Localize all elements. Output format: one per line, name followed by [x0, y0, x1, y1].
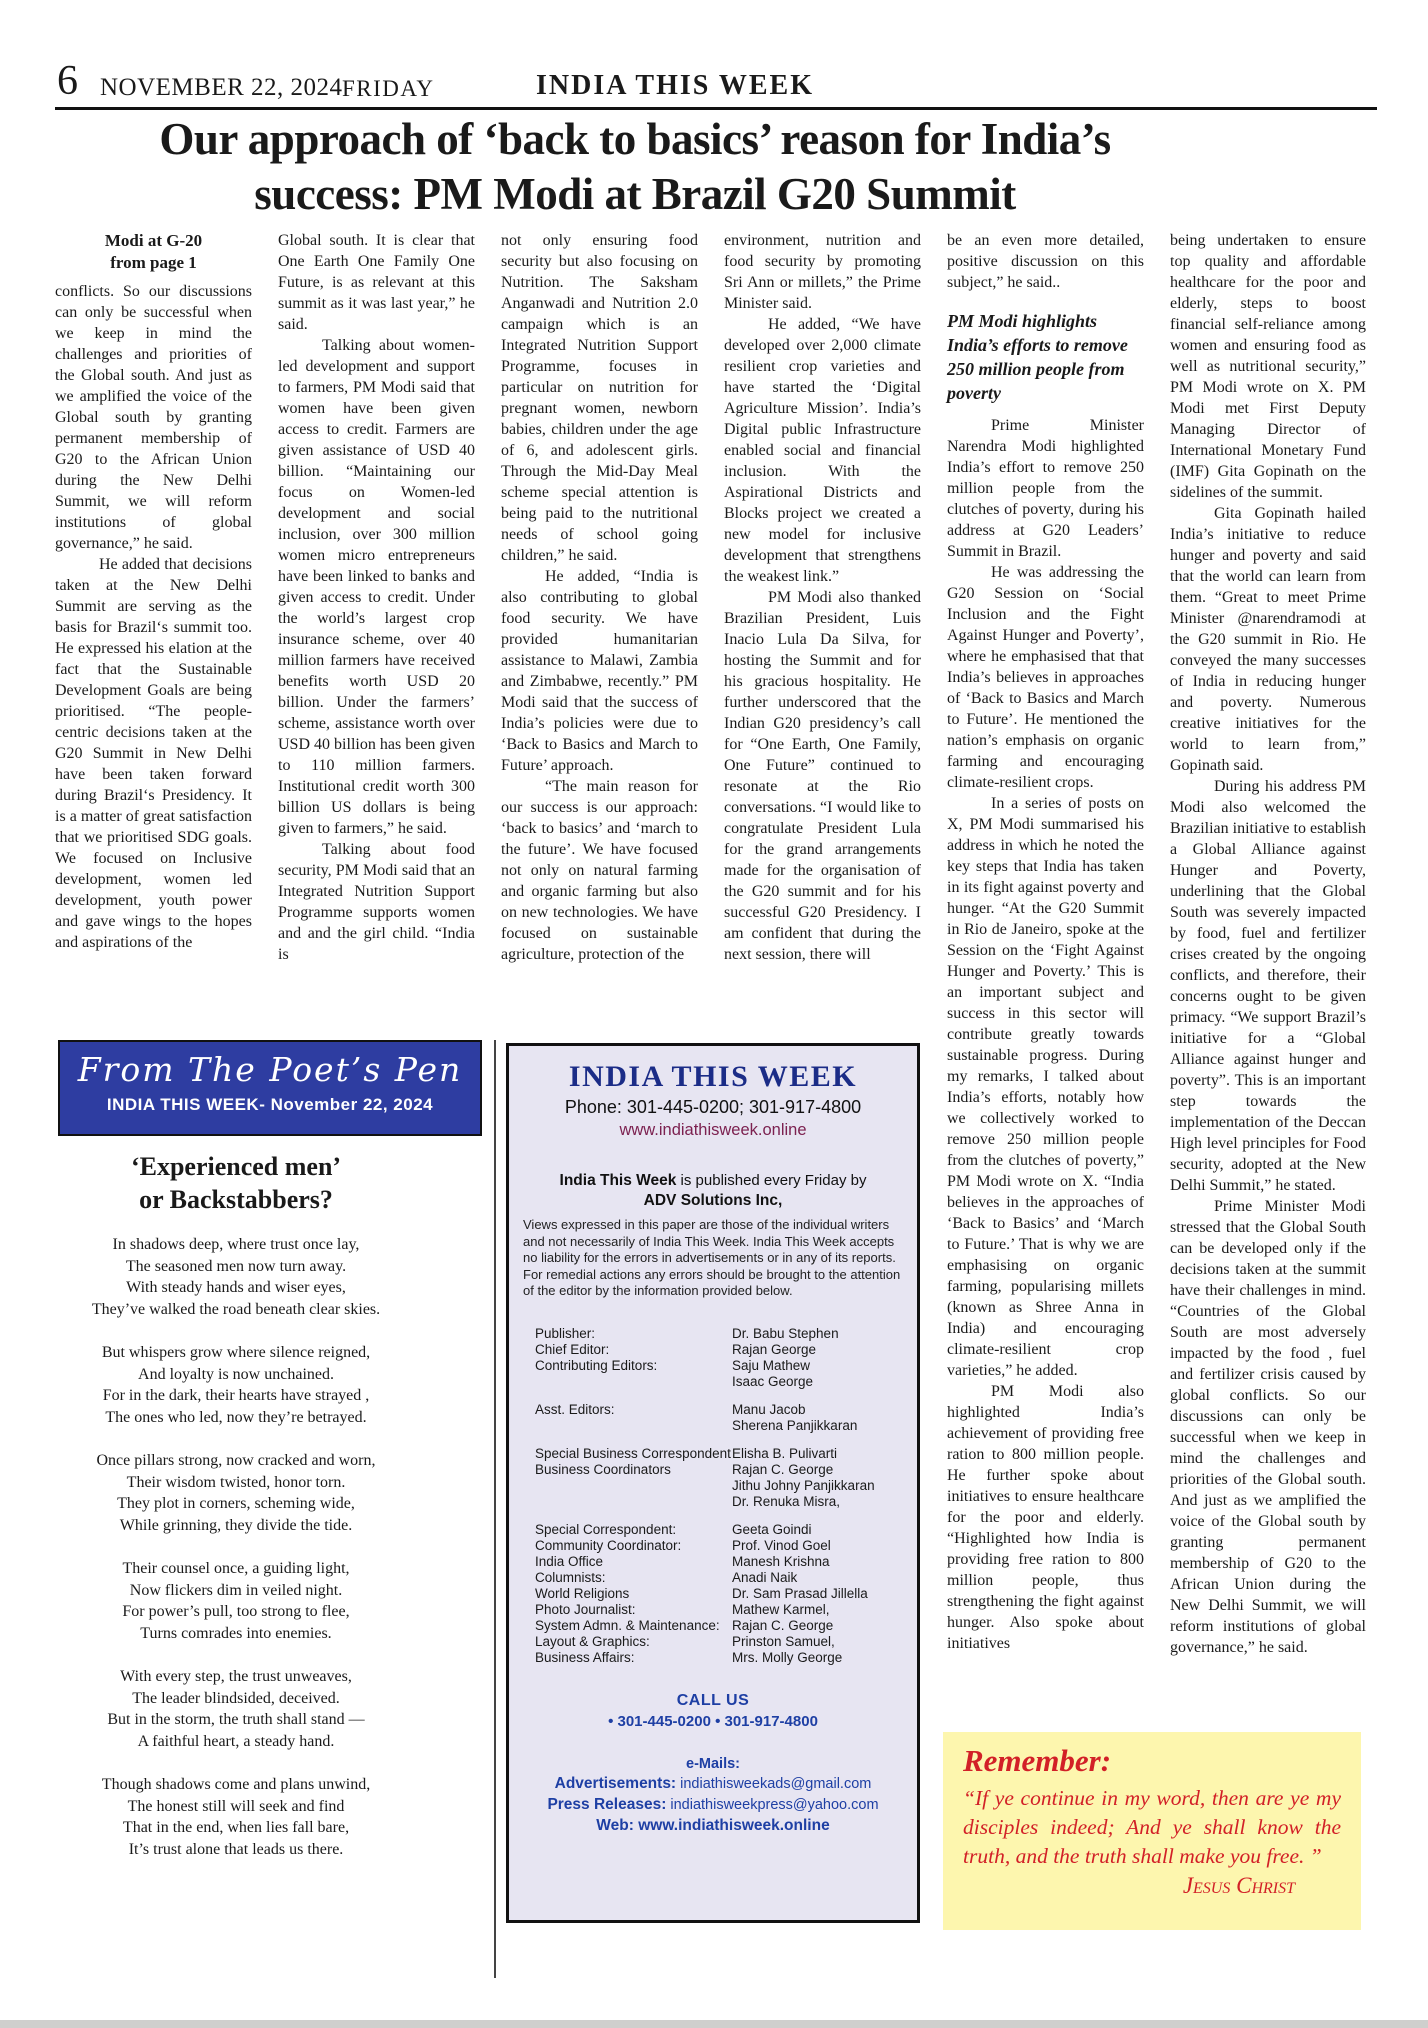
staff-name: Rajan C. George	[732, 1462, 909, 1478]
poem-line: Their counsel once, a guiding light,	[55, 1558, 417, 1580]
poem-line: Though shadows come and plans unwind,	[55, 1774, 417, 1796]
staff-row: Special Business CorrespondentElisha B. …	[535, 1446, 909, 1462]
staff-row: Community Coordinator:Prof. Vinod Goel	[535, 1538, 909, 1554]
poem-line: While grinning, they divide the tide.	[55, 1515, 417, 1537]
staff-role: Asst. Editors:	[535, 1402, 732, 1418]
emails-label: e-Mails:	[509, 1756, 917, 1772]
poem-line: The honest still will seek and find	[55, 1796, 417, 1818]
article-paragraph: During his address PM Modi also welcomed…	[1170, 776, 1366, 1196]
advertisements-label: Advertisements:	[555, 1775, 676, 1792]
staff-row: Jithu Johny Panjikkaran	[535, 1478, 909, 1494]
staff-name: Isaac George	[732, 1374, 909, 1390]
poem-line: For in the dark, their hearts have stray…	[55, 1385, 417, 1407]
article-paragraph: PM Modi also thanked Brazilian President…	[724, 587, 921, 965]
staff-row: Chief Editor:Rajan George	[535, 1342, 909, 1358]
staff-row: Photo Journalist:Mathew Karmel,	[535, 1602, 909, 1618]
article-paragraph: “The main reason for our success is our …	[501, 776, 698, 965]
staff-name: Saju Mathew	[732, 1358, 909, 1374]
staff-name: Geeta Goindi	[732, 1522, 909, 1538]
staff-role: Columnists:	[535, 1570, 732, 1586]
article-paragraph: conflicts. So our discussions can only b…	[55, 281, 252, 554]
staff-role: Special Business Correspondent	[535, 1446, 732, 1462]
staff-name: Manesh Krishna	[732, 1554, 909, 1570]
poem-title-line-1: ‘Experienced men’	[55, 1150, 417, 1183]
advertisements-email: Advertisements: indiathisweekads@gmail.c…	[509, 1775, 917, 1793]
page-number: 6	[57, 60, 78, 102]
staff-row: Publisher:Dr. Babu Stephen	[535, 1326, 909, 1342]
staff-name: Rajan C. George	[732, 1618, 909, 1634]
header-rule	[55, 107, 1377, 110]
staff-role: Publisher:	[535, 1326, 732, 1342]
staff-row: Dr. Renuka Misra,	[535, 1494, 909, 1510]
poem-body: In shadows deep, where trust once lay, T…	[55, 1234, 417, 1882]
kicker-line-1: Modi at G-20	[55, 230, 252, 252]
publication-phone: Phone: 301-445-0200; 301-917-4800	[509, 1097, 917, 1118]
article-paragraph: In a series of posts on X, PM Modi summa…	[947, 793, 1144, 1381]
poem-line: For power’s pull, too strong to flee,	[55, 1601, 417, 1623]
staff-role: Photo Journalist:	[535, 1602, 732, 1618]
staff-role: Special Correspondent:	[535, 1522, 732, 1538]
staff-row: Layout & Graphics:Prinston Samuel,	[535, 1634, 909, 1650]
staff-name: Jithu Johny Panjikkaran	[732, 1478, 909, 1494]
publication-info-box: INDIA THIS WEEK Phone: 301-445-0200; 301…	[506, 1043, 920, 1923]
poem-line: It’s trust alone that leads us there.	[55, 1839, 417, 1861]
article-paragraph: environment, nutrition and food security…	[724, 230, 921, 314]
staff-role: India Office	[535, 1554, 732, 1570]
staff-row: India OfficeManesh Krishna	[535, 1554, 909, 1570]
article-paragraph: He was addressing the G20 Session on ‘So…	[947, 562, 1144, 793]
publisher-company: ADV Solutions Inc,	[509, 1192, 917, 1210]
article-paragraph: Talking about food security, PM Modi sai…	[278, 839, 475, 965]
poem-line: With steady hands and wiser eyes,	[55, 1277, 417, 1299]
poem-line: The leader blindsided, deceived.	[55, 1688, 417, 1710]
article-paragraph: Gita Gopinath hailed India’s initiative …	[1170, 503, 1366, 776]
poem-title-line-2: or Backstabbers?	[55, 1183, 417, 1216]
poem-stanza: Once pillars strong, now cracked and wor…	[55, 1450, 417, 1536]
article-paragraph: Global south. It is clear that One Earth…	[278, 230, 475, 335]
poem-line: They’ve walked the road beneath clear sk…	[55, 1299, 417, 1321]
staff-row: Columnists:Anadi Naik	[535, 1570, 909, 1586]
staff-name: Dr. Renuka Misra,	[732, 1494, 909, 1510]
web-address: Web: www.indiathisweek.online	[596, 1817, 829, 1834]
press-releases-email: Press Releases: indiathisweekpress@yahoo…	[509, 1796, 917, 1814]
poem-stanza: In shadows deep, where trust once lay, T…	[55, 1234, 417, 1320]
remember-quote: “If ye continue in my word, then are ye …	[963, 1784, 1341, 1871]
remember-box: Remember: “If ye continue in my word, th…	[943, 1732, 1361, 1930]
poem-line: But in the storm, the truth shall stand …	[55, 1709, 417, 1731]
poem-line: Their wisdom twisted, honor torn.	[55, 1472, 417, 1494]
article-paragraph: He added that decisions taken at the New…	[55, 554, 252, 953]
article-paragraph: Prime Minister Modi stressed that the Gl…	[1170, 1196, 1366, 1658]
poem-line: Now flickers dim in veiled night.	[55, 1580, 417, 1602]
article-column-5: be an even more detailed, positive discu…	[947, 230, 1144, 1654]
column-divider	[494, 1040, 496, 1978]
staff-name: Elisha B. Pulivarti	[732, 1446, 909, 1462]
headline-line-1: Our approach of ‘back to basics’ reason …	[70, 112, 1200, 167]
call-us-numbers: • 301-445-0200 • 301-917-4800	[509, 1713, 917, 1730]
poem-line: The seasoned men now turn away.	[55, 1256, 417, 1278]
article-paragraph: PM Modi also highlighted India’s achieve…	[947, 1381, 1144, 1654]
poets-pen-title: From The Poet’s Pen	[60, 1050, 480, 1090]
publication-website: www.indiathisweek.online	[509, 1121, 917, 1140]
staff-name: Dr. Sam Prasad Jillella	[732, 1586, 909, 1602]
staff-row: Isaac George	[535, 1374, 909, 1390]
newspaper-page: 6 NOVEMBER 22, 2024 FRIDAY INDIA THIS WE…	[0, 0, 1428, 2028]
poem-line: A faithful heart, a steady hand.	[55, 1731, 417, 1753]
article-column-2: Global south. It is clear that One Earth…	[278, 230, 475, 965]
remember-attribution: Jesus Christ	[963, 1873, 1341, 1899]
web-address-line: Web: www.indiathisweek.online	[509, 1817, 917, 1835]
poem-title: ‘Experienced men’ or Backstabbers?	[55, 1150, 417, 1216]
staff-role: Business Affairs:	[535, 1650, 732, 1666]
poem-line: Once pillars strong, now cracked and wor…	[55, 1450, 417, 1472]
disclaimer-text: Views expressed in this paper are those …	[523, 1217, 903, 1300]
staff-role: Contributing Editors:	[535, 1358, 732, 1374]
staff-row: Business Affairs:Mrs. Molly George	[535, 1650, 909, 1666]
section-heading: PM Modi highlights India’s efforts to re…	[947, 309, 1144, 405]
poets-pen-banner: From The Poet’s Pen INDIA THIS WEEK- Nov…	[58, 1040, 482, 1136]
article-paragraph: not only ensuring food security but also…	[501, 230, 698, 566]
staff-name: Rajan George	[732, 1342, 909, 1358]
issue-date: NOVEMBER 22, 2024	[100, 74, 343, 102]
call-us-label: CALL US	[509, 1692, 917, 1710]
publication-name: India This Week	[560, 1172, 677, 1189]
poem-line: They plot in corners, scheming wide,	[55, 1493, 417, 1515]
article-column-3: not only ensuring food security but also…	[501, 230, 698, 965]
kicker: Modi at G-20 from page 1	[55, 230, 252, 274]
article-column-1: Modi at G-20 from page 1 conflicts. So o…	[55, 230, 252, 953]
published-by-line: India This Week is published every Frida…	[509, 1172, 917, 1190]
staff-role: Business Coordinators	[535, 1462, 732, 1478]
publication-title: INDIA THIS WEEK	[509, 1060, 917, 1094]
article-column-6: being undertaken to ensure top quality a…	[1170, 230, 1366, 1658]
staff-role: System Admn. & Maintenance:	[535, 1618, 732, 1634]
staff-name: Dr. Babu Stephen	[732, 1326, 909, 1342]
article-paragraph: being undertaken to ensure top quality a…	[1170, 230, 1366, 503]
staff-row: Asst. Editors:Manu Jacob	[535, 1402, 909, 1418]
poem-stanza: But whispers grow where silence reigned,…	[55, 1342, 417, 1428]
staff-name: Prinston Samuel,	[732, 1634, 909, 1650]
poem-stanza: With every step, the trust unweaves, The…	[55, 1666, 417, 1752]
poem-line: With every step, the trust unweaves,	[55, 1666, 417, 1688]
staff-role	[535, 1494, 732, 1510]
staff-name: Mrs. Molly George	[732, 1650, 909, 1666]
staff-name: Manu Jacob	[732, 1402, 909, 1418]
kicker-line-2: from page 1	[55, 252, 252, 274]
staff-role	[535, 1478, 732, 1494]
poem-line: In shadows deep, where trust once lay,	[55, 1234, 417, 1256]
staff-row: System Admn. & Maintenance:Rajan C. Geor…	[535, 1618, 909, 1634]
staff-name: Anadi Naik	[732, 1570, 909, 1586]
page-bottom-edge	[0, 2020, 1428, 2028]
staff-role: Layout & Graphics:	[535, 1634, 732, 1650]
staff-name: Mathew Karmel,	[732, 1602, 909, 1618]
article-paragraph: Prime Minister Narendra Modi highlighted…	[947, 415, 1144, 562]
staff-list: Publisher:Dr. Babu Stephen Chief Editor:…	[535, 1326, 909, 1666]
poem-stanza: Though shadows come and plans unwind, Th…	[55, 1774, 417, 1860]
staff-role: World Religions	[535, 1586, 732, 1602]
staff-row: Special Correspondent:Geeta Goindi	[535, 1522, 909, 1538]
poets-pen-subtitle: INDIA THIS WEEK- November 22, 2024	[60, 1095, 480, 1115]
staff-role: Community Coordinator:	[535, 1538, 732, 1554]
poem-line: And loyalty is now unchained.	[55, 1364, 417, 1386]
staff-row: Contributing Editors:Saju Mathew	[535, 1358, 909, 1374]
article-headline: Our approach of ‘back to basics’ reason …	[70, 112, 1200, 222]
poem-line: That in the end, when lies fall bare,	[55, 1817, 417, 1839]
press-releases-address: indiathisweekpress@yahoo.com	[666, 1797, 878, 1813]
article-paragraph: Talking about women-led development and …	[278, 335, 475, 839]
staff-row: Sherena Panjikkaran	[535, 1418, 909, 1434]
advertisements-address: indiathisweekads@gmail.com	[676, 1776, 871, 1792]
staff-row: Business CoordinatorsRajan C. George	[535, 1462, 909, 1478]
staff-role: Chief Editor:	[535, 1342, 732, 1358]
article-paragraph: be an even more detailed, positive discu…	[947, 230, 1144, 293]
article-paragraph: He added, “We have developed over 2,000 …	[724, 314, 921, 587]
poem-stanza: Their counsel once, a guiding light, Now…	[55, 1558, 417, 1644]
weekday: FRIDAY	[342, 76, 435, 102]
headline-line-2: success: PM Modi at Brazil G20 Summit	[70, 167, 1200, 222]
staff-name: Sherena Panjikkaran	[732, 1418, 909, 1434]
article-paragraph: He added, “India is also contributing to…	[501, 566, 698, 776]
poem-line: But whispers grow where silence reigned,	[55, 1342, 417, 1364]
staff-name: Prof. Vinod Goel	[732, 1538, 909, 1554]
poem-line: Turns comrades into enemies.	[55, 1623, 417, 1645]
published-by-text: is published every Friday by	[676, 1172, 866, 1189]
poem-line: The ones who led, now they’re betrayed.	[55, 1407, 417, 1429]
article-column-4: environment, nutrition and food security…	[724, 230, 921, 965]
staff-row: World ReligionsDr. Sam Prasad Jillella	[535, 1586, 909, 1602]
staff-role	[535, 1374, 732, 1390]
press-releases-label: Press Releases:	[547, 1796, 666, 1813]
masthead-title: INDIA THIS WEEK	[455, 70, 895, 102]
remember-heading: Remember:	[963, 1744, 1341, 1778]
staff-role	[535, 1418, 732, 1434]
